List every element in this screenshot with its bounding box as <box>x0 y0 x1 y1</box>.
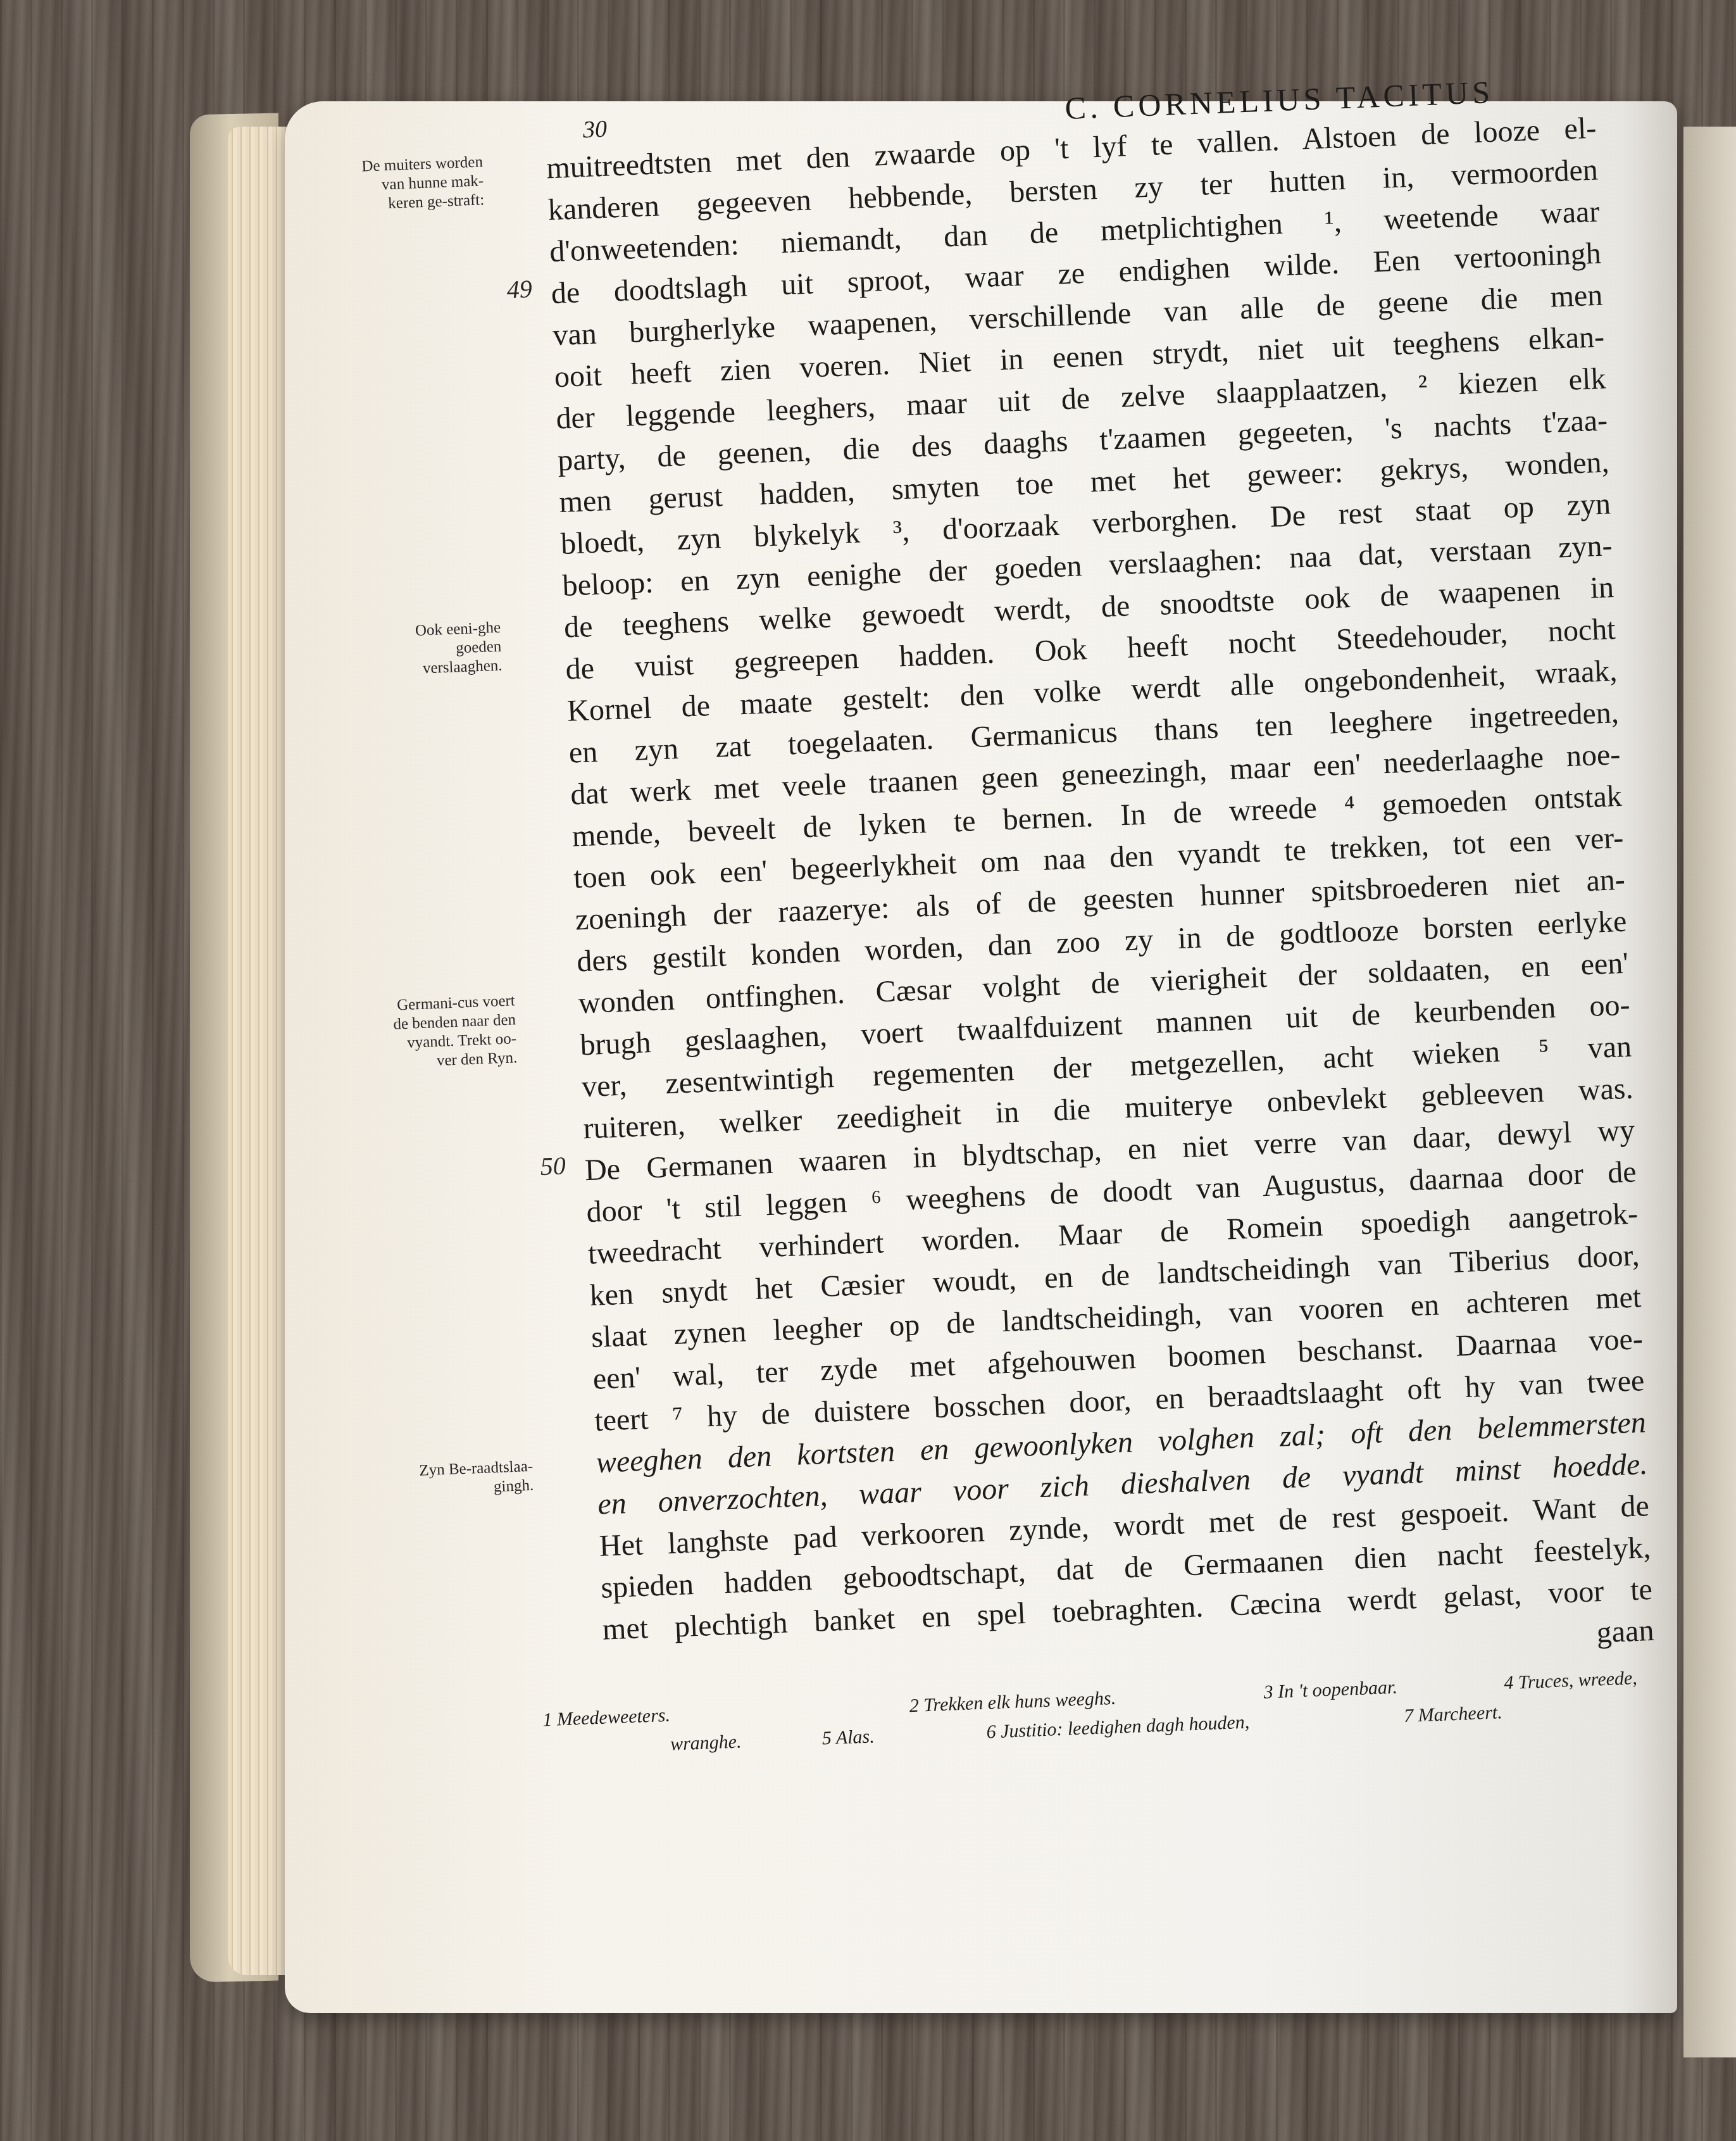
footnote-4-continued: wranghe. <box>670 1731 742 1755</box>
footnote-4: 4 Truces, wreede, <box>1504 1667 1638 1694</box>
footnote-5: 5 Alas. <box>821 1726 875 1749</box>
footnote-3: 3 In 't oopenbaar. <box>1263 1677 1398 1704</box>
page-number: 30 <box>582 115 608 144</box>
footnote-1: 1 Meedeweeters. <box>542 1705 671 1731</box>
footnote-2: 2 Trekken elk huns weeghs. <box>909 1688 1116 1717</box>
section-number: 50 <box>540 1150 566 1181</box>
footnote-7: 7 Marcheert. <box>1404 1702 1503 1727</box>
body-text: De muiters worden van hunne mak-keren ge… <box>356 108 1653 1658</box>
page-text-block: 30 C. CORNELIUS TACITUS De muiters worde… <box>354 70 1658 1773</box>
book-page-right-edge <box>1683 127 1736 2057</box>
section-number: 49 <box>506 273 533 305</box>
